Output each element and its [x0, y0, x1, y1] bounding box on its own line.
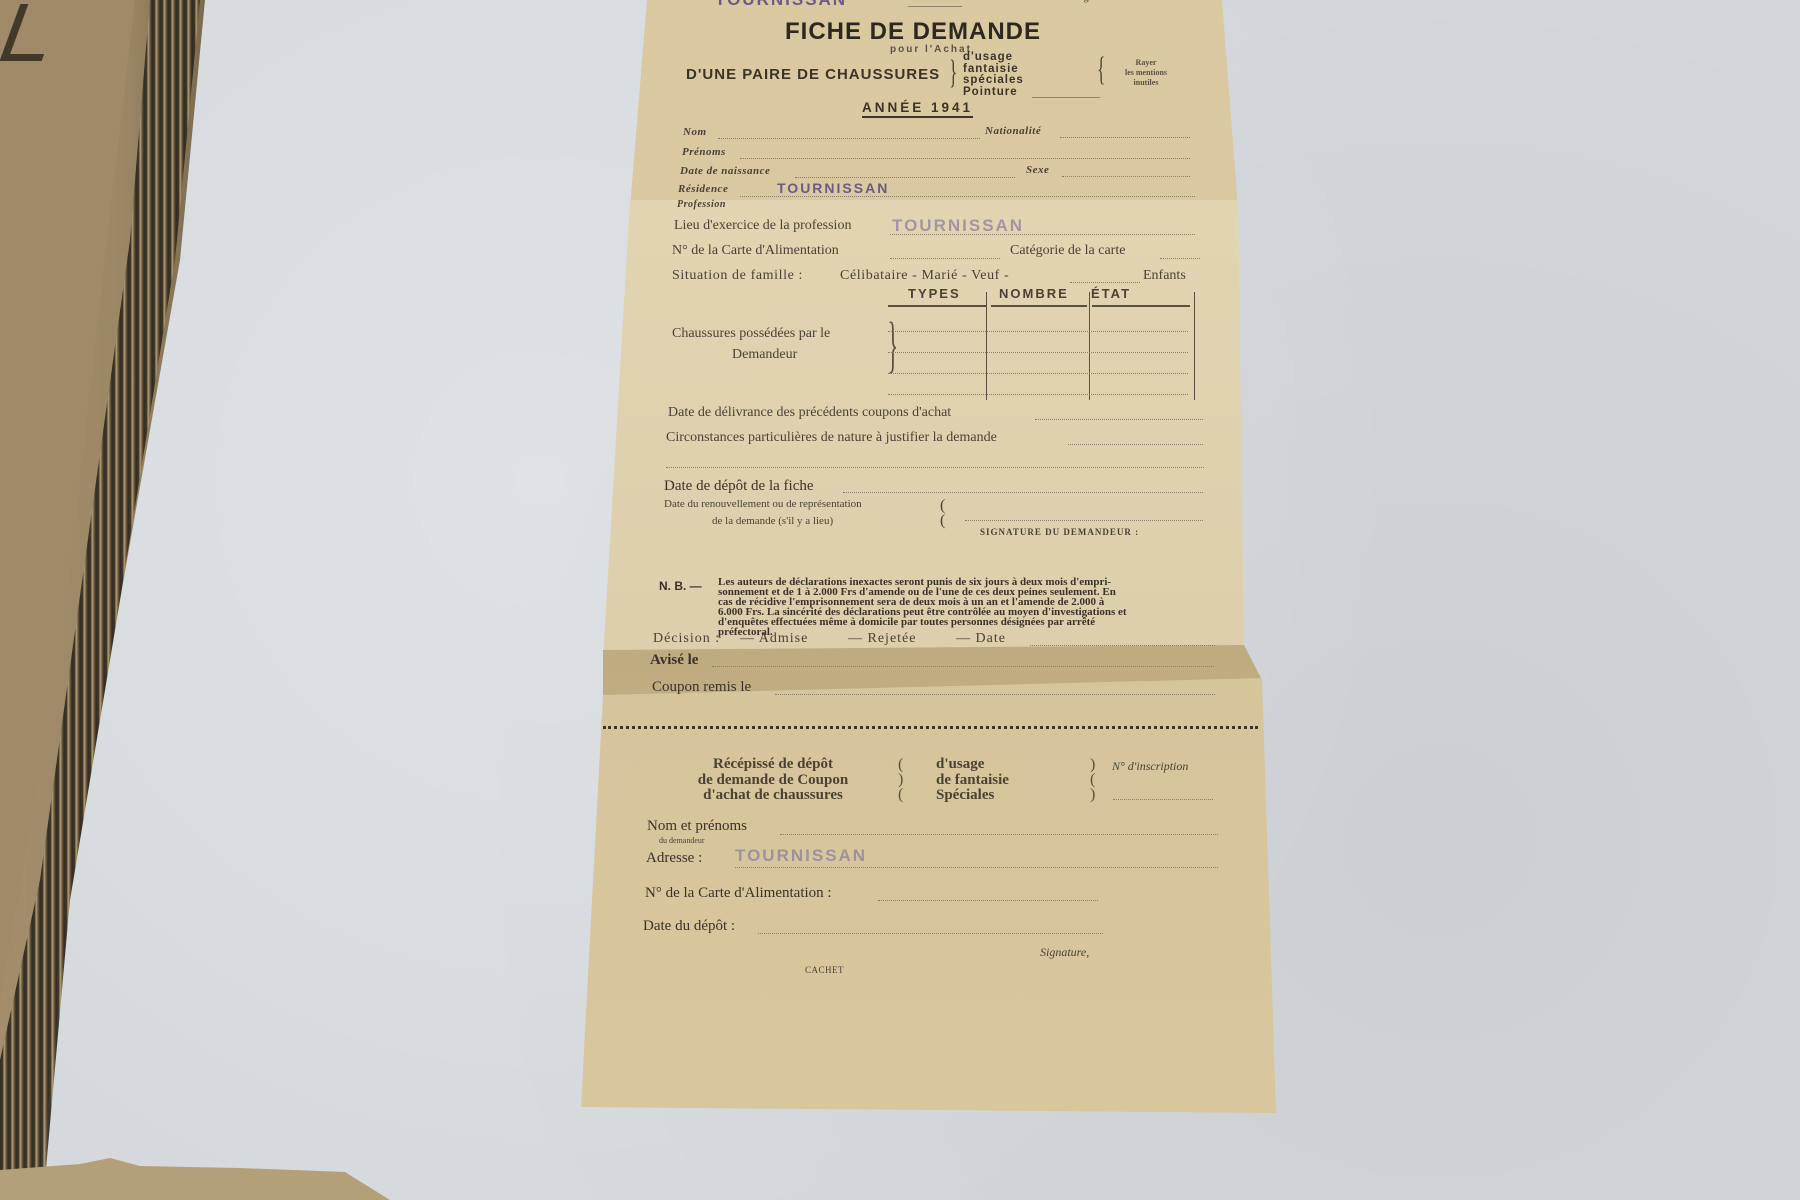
receipt-title-line: Récépissé de dépôt: [673, 757, 873, 773]
table-row[interactable]: [888, 373, 1188, 374]
residence-field[interactable]: [740, 196, 1195, 197]
receipt-type-option: d'usage: [936, 757, 1009, 773]
table-row-label: Demandeur: [732, 347, 797, 363]
nb-line: d'enquêtes effectuées même à domicile pa…: [718, 617, 1127, 627]
receipt-brace-right: )(): [1090, 757, 1095, 802]
brace-left: }: [949, 58, 957, 88]
receipt-type-option: de fantaisie: [936, 773, 1009, 789]
shoe-types-list: d'usage fantaisie spéciales Pointure: [963, 52, 1024, 98]
receipt-brace-left: ()(: [898, 757, 903, 802]
renouvellement-brace: ((: [940, 498, 945, 528]
column-divider: [986, 292, 987, 400]
signature-demandeur-label: SIGNATURE DU DEMANDEUR :: [980, 527, 1139, 537]
date-naissance-field[interactable]: [795, 177, 1015, 178]
receipt-adresse-field[interactable]: [735, 867, 1218, 868]
inscription-label: N° d'inscription: [1112, 759, 1188, 774]
table-brace: }: [888, 300, 898, 390]
carte-alimentation-label: N° de la Carte d'Alimentation: [672, 243, 839, 259]
perforation-line[interactable]: [603, 726, 1258, 729]
receipt-date-depot-label: Date du dépôt :: [643, 918, 735, 935]
decision-label: Décision :: [653, 631, 720, 647]
receipt-nom-prenoms-label: Nom et prénoms: [647, 818, 747, 835]
renouvellement-label-2: de la demande (s'il y a lieu): [712, 515, 833, 527]
circonstances-field[interactable]: [1068, 444, 1203, 445]
receipt-title-line: d'achat de chaussures: [673, 788, 873, 804]
receipt-title: Récépissé de dépôt de demande de Coupon …: [673, 757, 873, 804]
situation-famille-label: Situation de famille :: [672, 268, 803, 284]
circonstances-field-2[interactable]: [666, 467, 1204, 468]
side-note-line: Rayer: [1125, 58, 1167, 68]
brace-right: {: [1097, 55, 1105, 85]
header-rule: [888, 305, 986, 307]
situation-options[interactable]: Célibataire - Marié - Veuf -: [840, 268, 1009, 284]
table-row[interactable]: [888, 394, 1188, 395]
top-right-text: Registre Communal: [1072, 0, 1158, 3]
top-rule: [908, 6, 962, 7]
type-option: spéciales: [963, 75, 1024, 87]
date-delivrance-label: Date de délivrance des précédents coupon…: [668, 405, 951, 421]
shoe-pair-label: D'UNE PAIRE DE CHAUSSURES: [686, 66, 940, 83]
nom-label: Nom: [683, 126, 707, 138]
shoe-purchase-form: TOURNISSAN Registre Communal FICHE DE DE…: [0, 0, 1800, 1200]
form-title: FICHE DE DEMANDE: [785, 18, 1041, 46]
lieu-exercice-field[interactable]: [890, 234, 1195, 235]
column-divider: [1089, 292, 1090, 400]
side-note: Rayer les mentions inutiles: [1125, 58, 1167, 88]
decision-date: — Date: [956, 631, 1006, 647]
type-option: Pointure: [963, 87, 1024, 99]
column-divider: [1194, 292, 1195, 400]
nom-field[interactable]: [718, 138, 980, 139]
table-row-label: Chaussures possédées par le: [672, 326, 830, 342]
coupon-remis-field[interactable]: [775, 694, 1215, 695]
sexe-label: Sexe: [1026, 164, 1049, 176]
col-header-types: TYPES: [908, 286, 961, 301]
inscription-field[interactable]: [1113, 799, 1213, 800]
col-header-etat: ÉTAT: [1091, 286, 1131, 301]
table-row[interactable]: [888, 352, 1188, 353]
header-rule: [991, 305, 1087, 307]
receipt-du-demandeur-label: du demandeur: [659, 836, 705, 845]
nationalite-label: Nationalité: [985, 125, 1041, 137]
enfants-label: Enfants: [1143, 268, 1186, 284]
nb-text: Les auteurs de déclarations inexactes se…: [718, 577, 1127, 637]
receipt-nom-field[interactable]: [780, 834, 1218, 835]
coupon-remis-label: Coupon remis le: [652, 679, 751, 696]
form-subtitle: pour l'Achat: [890, 44, 972, 55]
receipt-carte-label: N° de la Carte d'Alimentation :: [645, 885, 832, 902]
nationalite-field[interactable]: [1060, 137, 1190, 138]
header-rule: [1092, 305, 1190, 307]
lieu-exercice-stamp: TOURNISSAN: [892, 216, 1024, 236]
decision-date-field[interactable]: [1030, 645, 1215, 646]
date-delivrance-field[interactable]: [1035, 419, 1203, 420]
residence-stamp: TOURNISSAN: [777, 180, 889, 196]
carte-alimentation-field[interactable]: [890, 258, 1000, 259]
receipt-types: d'usage de fantaisie Spéciales: [936, 757, 1009, 804]
receipt-type-option: Spéciales: [936, 788, 1009, 804]
renouvellement-label: Date du renouvellement ou de représentat…: [664, 498, 862, 510]
lieu-exercice-label: Lieu d'exercice de la profession: [674, 218, 851, 234]
categorie-carte-field[interactable]: [1160, 258, 1200, 259]
renouvellement-field[interactable]: [965, 520, 1203, 521]
receipt-cachet-label: CACHET: [805, 965, 844, 975]
receipt-date-depot-field[interactable]: [758, 933, 1103, 934]
receipt-carte-field[interactable]: [878, 900, 1098, 901]
top-stamp: TOURNISSAN: [715, 0, 847, 10]
form-year: ANNÉE 1941: [862, 100, 973, 118]
prenoms-label: Prénoms: [682, 146, 726, 158]
profession-label: Profession: [677, 199, 726, 210]
side-note-line: les mentions: [1125, 68, 1167, 78]
table-row[interactable]: [888, 331, 1188, 332]
date-depot-fiche-label: Date de dépôt de la fiche: [664, 478, 814, 495]
categorie-carte-label: Catégorie de la carte: [1010, 243, 1125, 259]
decision-admise[interactable]: — Admise: [740, 631, 808, 647]
date-naissance-label: Date de naissance: [680, 165, 770, 177]
avise-field[interactable]: [712, 666, 1214, 667]
date-depot-fiche-field[interactable]: [843, 492, 1203, 493]
circonstances-label: Circonstances particulières de nature à …: [666, 430, 997, 446]
type-option: d'usage: [963, 52, 1024, 64]
avise-label: Avisé le: [650, 652, 698, 669]
col-header-nombre: NOMBRE: [999, 286, 1069, 301]
receipt-adresse-stamp: TOURNISSAN: [735, 846, 867, 866]
nb-label: N. B. —: [659, 579, 702, 593]
decision-rejetee[interactable]: — Rejetée: [848, 631, 916, 647]
receipt-adresse-label: Adresse :: [646, 850, 702, 867]
receipt-signature-label: Signature,: [1040, 945, 1089, 960]
side-note-line: inutiles: [1125, 78, 1167, 88]
receipt-title-line: de demande de Coupon: [673, 773, 873, 789]
sexe-field[interactable]: [1062, 176, 1190, 177]
enfants-field[interactable]: [1070, 282, 1140, 283]
residence-label: Résidence: [678, 183, 728, 195]
pointure-line: [1032, 97, 1100, 98]
prenoms-field[interactable]: [740, 158, 1190, 159]
